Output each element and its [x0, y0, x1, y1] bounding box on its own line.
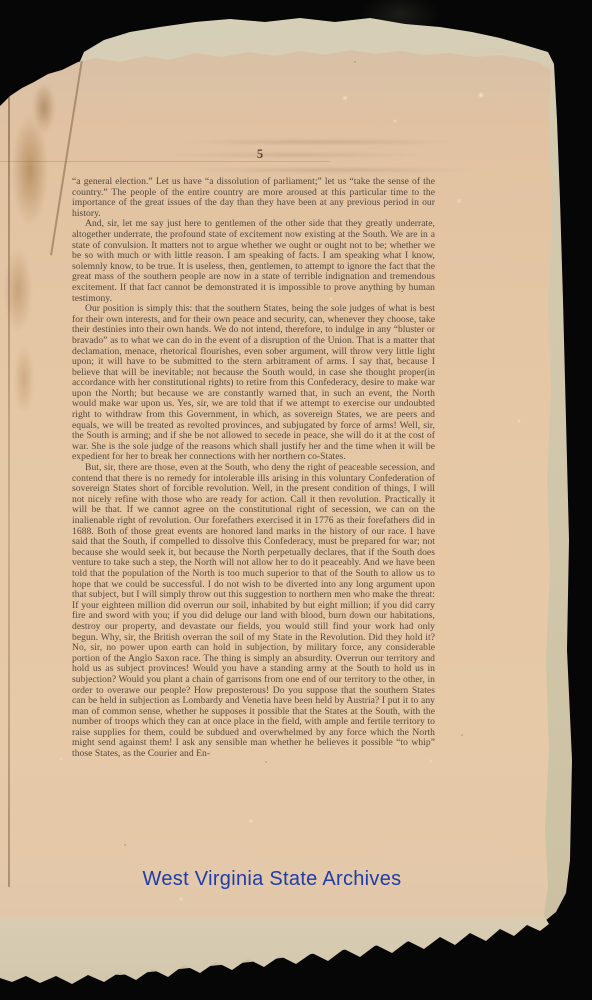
paragraph: “a general election.” Let us have “a dis… — [72, 177, 435, 219]
paragraph: And, sir, let me say just here to gentle… — [72, 219, 435, 304]
fold-crease-horizontal — [0, 161, 330, 162]
paragraph: Our position is simply this: that the so… — [72, 304, 435, 463]
paragraph: But, sir, there are those, even at the S… — [72, 463, 435, 760]
document-text: “a general election.” Let us have “a dis… — [72, 177, 435, 861]
fold-crease-vertical — [8, 95, 10, 887]
document-page: 5 “a general election.” Let us have “a d… — [0, 0, 592, 1000]
ink-show-through — [110, 134, 510, 180]
page-number: 5 — [240, 147, 280, 162]
scanned-photo: 5 “a general election.” Let us have “a d… — [0, 0, 592, 1000]
archive-watermark-caption: West Virginia State Archives — [86, 868, 458, 891]
